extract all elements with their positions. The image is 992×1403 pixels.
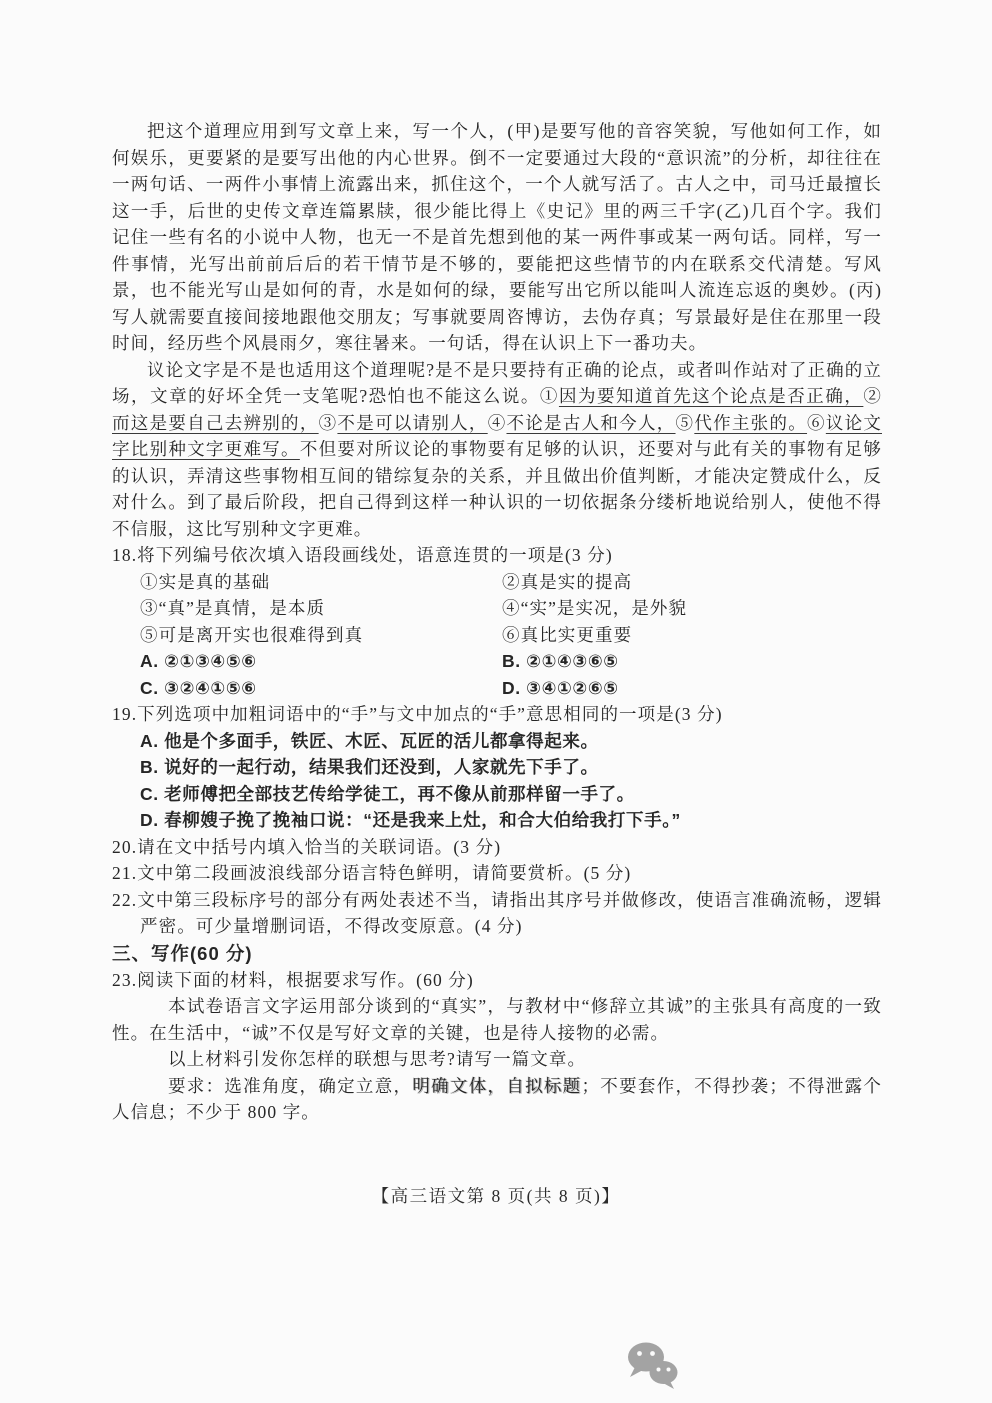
q19-option-d: D. 春柳嫂子挽了挽袖口说：“还是我来上灶，和合大伯给我打下手。” xyxy=(112,807,882,834)
q18-item-row: ①实是真的基础 ②真是实的提高 xyxy=(112,569,882,596)
writing-requirements: 要求：选准角度，确定立意，明确文体，自拟标题；不要套作，不得抄袭；不得泄露个人信… xyxy=(112,1073,882,1126)
q19-option-a: A. 他是个多面手，铁匠、木匠、瓦匠的活儿都拿得起来。 xyxy=(112,728,882,755)
q18-item-1: ①实是真的基础 xyxy=(140,569,502,596)
q19-option-b: B. 说好的一起行动，结果我们还没到，人家就先下手了。 xyxy=(112,754,882,781)
wechat-icon xyxy=(625,1340,679,1390)
q18-item-6: ⑥真比实更重要 xyxy=(502,622,882,649)
question-20-stem: 20.请在文中括号内填入恰当的关联词语。(3 分) xyxy=(112,834,882,861)
exam-page: 把这个道理应用到写文章上来，写一个人，(甲)是要写他的音容笑貌，写他如何工作，如… xyxy=(0,0,992,1403)
q18-choice-b: B. ②①④③⑥⑤ xyxy=(502,648,882,675)
question-18-stem: 18.将下列编号依次填入语段画线处，语意连贯的一项是(3 分) xyxy=(112,542,882,569)
q18-choice-row: C. ③②④①⑤⑥ D. ③④①②⑥⑤ xyxy=(112,675,882,702)
q18-item-row: ③“真”是真情，是本质 ④“实”是实况，是外貌 xyxy=(112,595,882,622)
q18-choice-row: A. ②①③④⑤⑥ B. ②①④③⑥⑤ xyxy=(112,648,882,675)
writing-material-2: 以上材料引发你怎样的联想与思考?请写一篇文章。 xyxy=(112,1046,882,1073)
q18-choice-d: D. ③④①②⑥⑤ xyxy=(502,675,882,702)
page-footer: 【高三语文第 8 页(共 8 页)】 xyxy=(0,1183,992,1208)
question-18-choices: A. ②①③④⑤⑥ B. ②①④③⑥⑤ C. ③②④①⑤⑥ D. ③④①②⑥⑤ xyxy=(112,648,882,701)
writing-material-1: 本试卷语言文字运用部分谈到的“真实”，与教材中“修辞立其诚”的主张具有高度的一致… xyxy=(112,993,882,1046)
q18-choice-c: C. ③②④①⑤⑥ xyxy=(140,675,502,702)
question-19-stem: 19.下列选项中加粗词语中的“手”与文中加点的“手”意思相同的一项是(3 分) xyxy=(112,701,882,728)
q18-item-5: ⑤可是离开实也很难得到真 xyxy=(140,622,502,649)
exam-content: 把这个道理应用到写文章上来，写一个人，(甲)是要写他的音容笑貌，写他如何工作，如… xyxy=(112,118,882,1126)
q18-choice-a: A. ②①③④⑤⑥ xyxy=(140,648,502,675)
question-22-stem: 22.文中第三段标序号的部分有两处表述不当，请指出其序号并做修改，使语言准确流畅… xyxy=(112,887,882,940)
question-18-items: ①实是真的基础 ②真是实的提高 ③“真”是真情，是本质 ④“实”是实况，是外貌 … xyxy=(112,569,882,649)
q18-item-2: ②真是实的提高 xyxy=(502,569,882,596)
question-21-stem: 21.文中第二段画波浪线部分语言特色鲜明，请简要赏析。(5 分) xyxy=(112,860,882,887)
q19-option-c: C. 老师傅把全部技艺传给学徒工，再不像从前那样留一手了。 xyxy=(112,781,882,808)
q18-item-4: ④“实”是实况，是外貌 xyxy=(502,595,882,622)
section-heading-writing: 三、写作(60 分) xyxy=(112,940,882,967)
passage-paragraph-1: 把这个道理应用到写文章上来，写一个人，(甲)是要写他的音容笑貌，写他如何工作，如… xyxy=(112,118,882,357)
question-23-stem: 23.阅读下面的材料，根据要求写作。(60 分) xyxy=(112,967,882,994)
q18-item-row: ⑤可是离开实也很难得到真 ⑥真比实更重要 xyxy=(112,622,882,649)
passage-paragraph-2: 议论文字是不是也适用这个道理呢?是不是只要持有正确的论点，或者叫作站对了正确的立… xyxy=(112,357,882,543)
q18-item-3: ③“真”是真情，是本质 xyxy=(140,595,502,622)
